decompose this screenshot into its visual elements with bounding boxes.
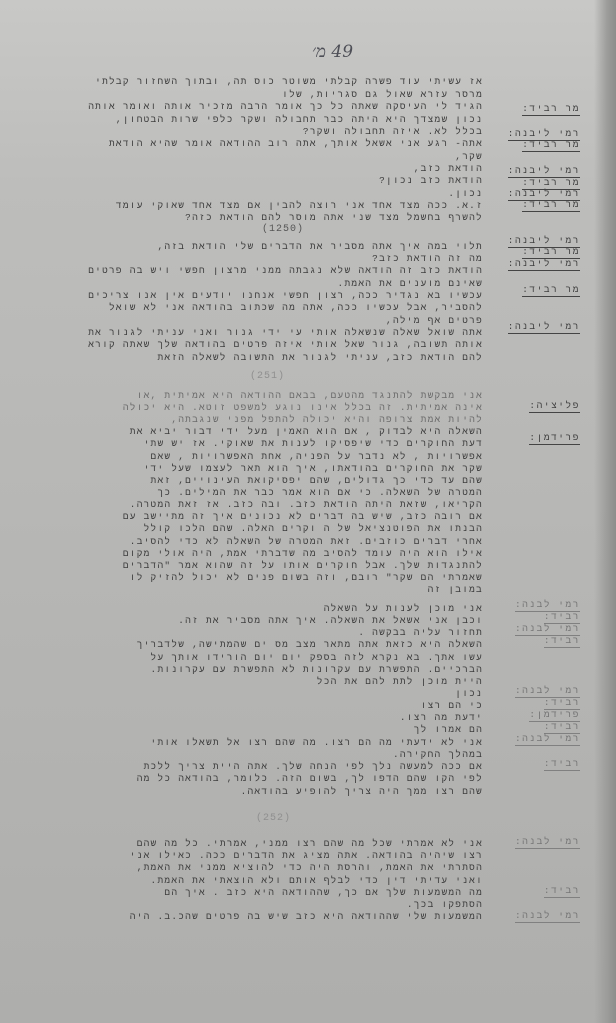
transcript-line: מרסר עזרא שאול גם סגריות, שלו [282,89,483,100]
speaker-label: רמי לבנה: [515,836,580,849]
transcript-line: השאלה היא כזאת אתה מתאר מצב מס ים שהמתיש… [137,639,483,650]
transcript-line: ואני עדיתי דין כדי לבלף אותם ולא הוצאתי … [151,875,483,886]
transcript-line: אני לא אמרתי שכל מה שהם רצו ממני, אמרתי.… [137,838,483,849]
transcript-line: להסביר, אבל עכשיו ככה, אתה מה שכתוב בהוד… [109,302,483,313]
transcript-line: שקר, [455,151,483,162]
transcript-line: נכון. [448,188,483,199]
transcript-line: מה המשמעות שלך אם כך, שההודאה היא כזב . … [164,887,483,898]
transcript-line: אני לא ידעתי מה הם רצו. מה שהם רצו אל תש… [151,737,483,748]
transcript-line: ז.א. ככה מצד אחד אני רוצה להבין אם מצד א… [116,200,483,211]
transcript-line: אני מבקשת להתנגד מהטעם, בבאם ההודאה היא … [137,390,483,401]
scanned-document-page: 49 מ׳ (1250) (251) (252) מר רביד:רמי ליב… [0,0,616,1023]
speaker-label: רמי ליבנה: [508,258,580,271]
page-number: (1250) [262,224,304,235]
transcript-line: אז עשיתי עוד פשרה קבלתי משוטר כוס תה, וב… [95,76,483,87]
transcript-line: הסתפקו בכך. [407,899,483,910]
speaker-label: רמי לבנה: [515,733,580,746]
speaker-label: רביד: [544,758,580,771]
transcript-line: המשמעות שלי שההודאה היא כזב שיש בה פרטים… [130,911,483,922]
page-number: (251) [250,371,285,382]
transcript-line: להם הודאת כזב, עניתי לגנור את התשובה לשא… [157,352,483,363]
transcript-line: אתה- רגע אני אשאל אותך, אתה רוב ההודאה א… [109,138,483,149]
transcript-line: אתה שואל שאלה שנשאלה אותי עי ידי גנור וא… [88,327,483,338]
page-number: (252) [256,813,291,824]
transcript-line: הם אמרו לך [414,724,483,735]
transcript-line: הודאת כזב נכון? [379,175,483,186]
transcript-line: אפשרויות , לא נדבר על הפניה, אחת האפשרוי… [151,451,483,462]
transcript-line: שאמרתי הם שקר" רובם, וזה בשום פנים לא יכ… [130,572,483,583]
transcript-line: שהם רצו ממך היה צריך להופיע בהודאה. [241,786,483,797]
transcript-line: בכלל לא. איזה תחבולה ושקר? [303,126,483,137]
speaker-label: מר רביד: [522,199,580,212]
transcript-line: כי הם רצו [421,700,483,711]
speaker-label: מר רביד: [522,103,580,116]
transcript-line: ידעת מה רצו. [400,712,483,723]
transcript-line: אחרי דברים כוזבים. זאת המטרה של השאלה לא… [130,536,483,547]
transcript-line: עשו אתך. בא נקרא לזה בספק יום יום הורידו… [151,652,483,663]
transcript-line: רצו שיהיה בהודאה. אתה מציג את הדברים ככה… [130,850,483,861]
transcript-line: שאינם מוענים את האמת. [338,278,483,289]
transcript-line: להתנגדות שלך. אבל חוקרים אותו על זה שהוא… [123,560,483,571]
transcript-line: במהלך החקירה. [393,749,483,760]
transcript-line: דעת החוקרים כדי שיפסיקו לענות את שאוקי. … [144,438,483,449]
speaker-label: רמי ליבנה: [508,321,580,334]
transcript-line: נכון [455,688,483,699]
transcript-line: המטרה של השאלה. כי אם הוא אמר כבר את המי… [157,487,483,498]
transcript-line: תלוי במה איך אתה מסביר את הדברים שלי הוד… [157,241,483,252]
speaker-label: פליציה: [529,400,580,413]
speaker-label: רמי לבנה: [515,910,580,923]
transcript-line: הודאת כזב זה הודאה שלא נגבתה ממני מרצון … [88,265,483,276]
speaker-label: רביד: [544,885,580,898]
speaker-label: פרידמן: [529,432,580,445]
transcript-line: שקר את החוקרים בהודאתו, איך הוא תאר לעצמ… [144,463,483,474]
transcript-line: וכבן אני אשאל את השאלה. איך אתה מסביר את… [178,615,483,626]
transcript-line: הגיד לי העיסקה שאתה כל כך אומר הרבה מזכי… [88,101,483,112]
transcript-line: שהם עד כדי כך גדולים, שהם יפסיקואת העינו… [151,475,483,486]
transcript-line: הברכיים. התפשרת עם עקרונות לא התפשרת עם … [151,664,483,675]
transcript-line: עכשיו בא נגדיר ככה, רצון חפשי אנחנו יודע… [88,290,483,301]
transcript-line: להיות אמת צרופה והיא יכולה להתפל מפני שנ… [171,414,483,425]
speaker-label: מר רביד: [522,139,580,152]
transcript-line: אם רובה כזב, שיש בה דברים לא נכונים איך … [123,511,483,522]
speaker-label: מר רביד: [522,284,580,297]
transcript-line: תחזור עליה בבקשה . [358,627,483,638]
transcript-line: לפי הקו שהם הדפו לך, בשום הזה. כלומר, בה… [137,773,483,784]
transcript-line: אם ככה למעשה נלך לפי הנחה שלך. אתה היית … [144,761,483,772]
transcript-line: הבנתו את הפוטנציאל של ה וקרים האלה. שהם … [144,523,483,534]
transcript-line: הודאת כזב, [414,163,483,174]
transcript-line: נכון שמצדך היא היתה כבר תחבולה ושקר כלפי… [116,114,483,125]
transcript-line: הקריאו, שזאת היתה הודאת כזב. ובה כזב. אז… [130,499,483,510]
transcript-line: היית מוכן לתת להם את הכל [317,676,483,687]
speaker-label: רביד: [544,635,580,648]
transcript-line: השאלה היא לבדוק , אם הוא האמין מעל ידי ד… [130,426,483,437]
transcript-line: אילו הוא היה עומד להסיב מה שדברתי אמת, ה… [123,548,483,559]
transcript-line: אני מוכן לענות על השאלה [324,603,483,614]
transcript-line: אותה תשובה, גנור שאל אותי איזה פרטים בהו… [88,339,483,350]
transcript-line: מה זה הודאת כזב? [372,253,483,264]
transcript-line: אינה אמיתית. זה בכלל אינו נוגע למשפט זוט… [123,402,483,413]
transcript-line: במובן זה [428,584,483,595]
transcript-line: להשרף בחשמל מצד שני אתה מוסר להם הודאת כ… [185,212,483,223]
transcript-line: הסתרתי את האמת, והרסת היה כדי להוציא ממנ… [137,862,483,873]
handwritten-page-mark: 49 מ׳ [312,42,353,62]
transcript-line: פרטים אף מילה, [386,315,483,326]
